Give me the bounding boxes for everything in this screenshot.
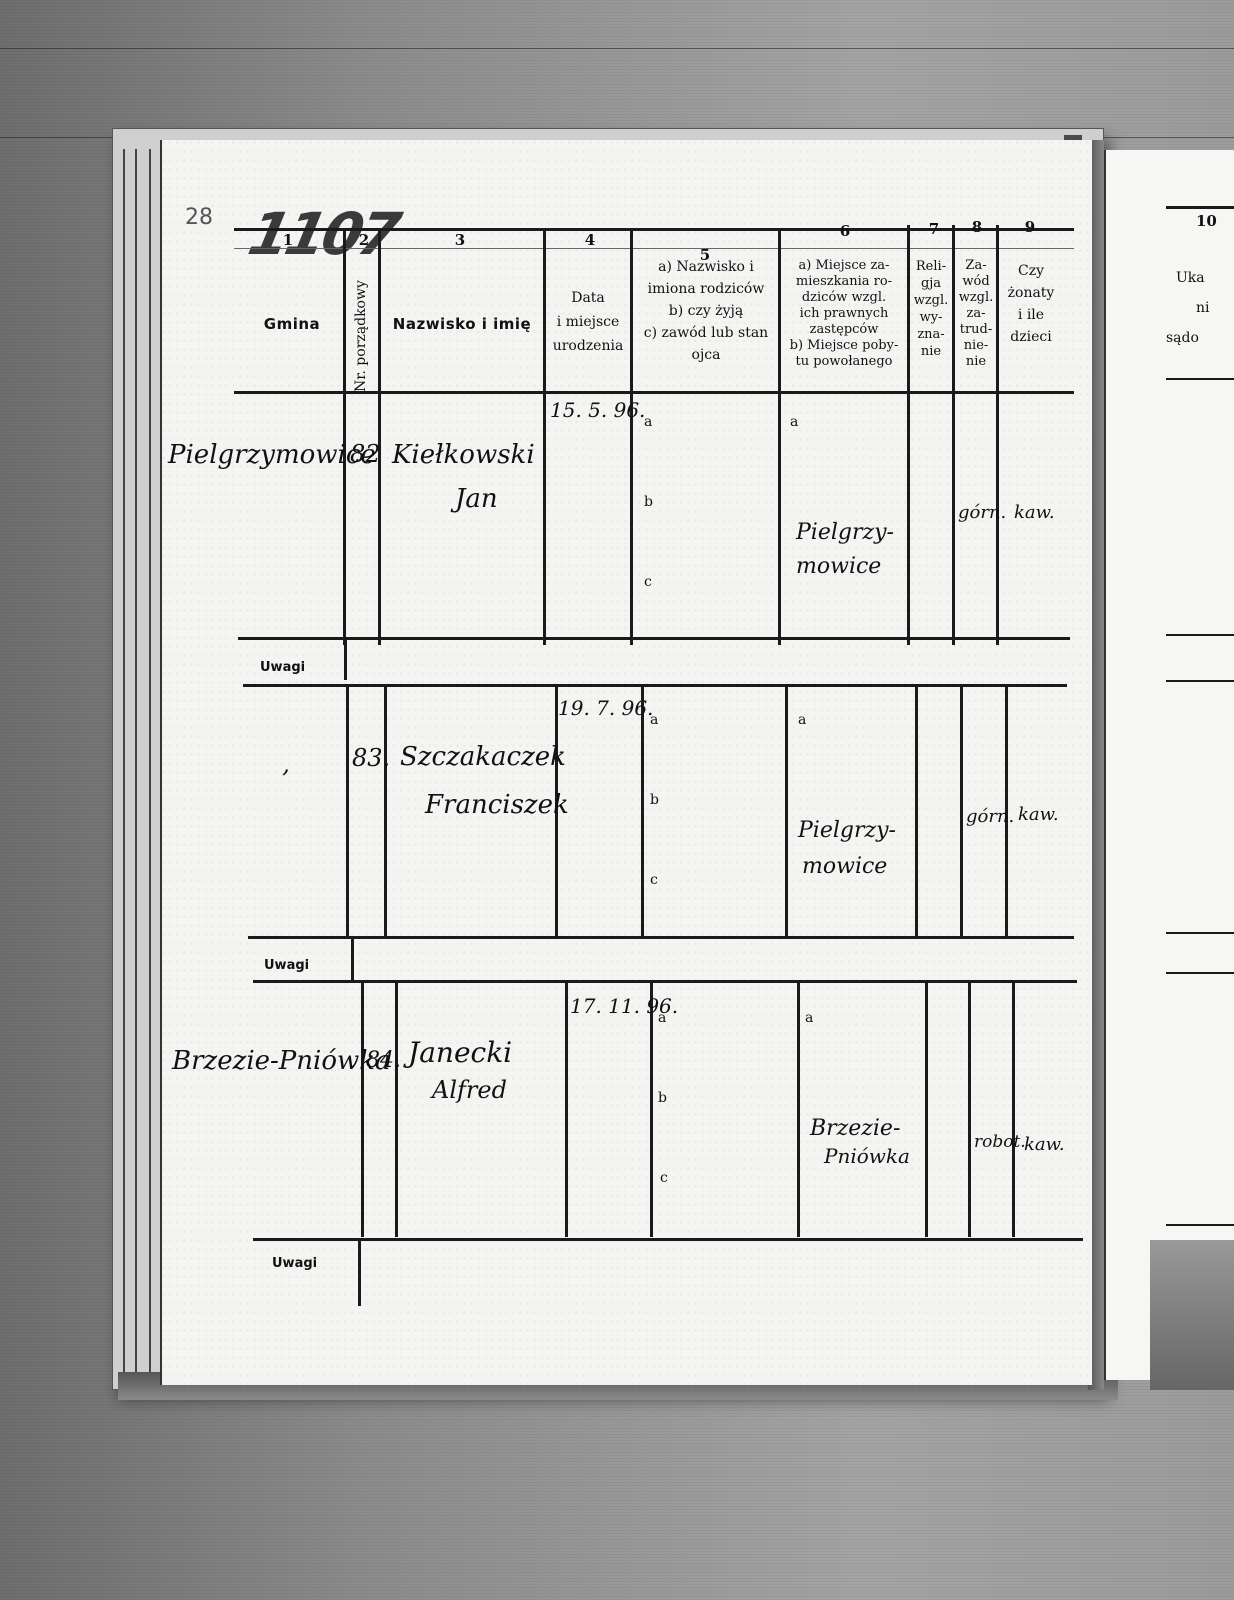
column-divider xyxy=(968,982,971,1237)
next-page-rule xyxy=(1166,634,1234,636)
next-page-rule xyxy=(1166,972,1234,974)
column-number: 3 xyxy=(440,231,480,249)
record-nr: 82 xyxy=(350,440,381,468)
header-nr-porzadkowy: Nr. porządkowy xyxy=(353,280,369,392)
row-divider xyxy=(248,936,1074,939)
sub-marker-b: b xyxy=(644,494,653,510)
record-occupation: górn. xyxy=(966,806,1014,827)
sub-marker-c: c xyxy=(644,574,652,590)
remarks-label: Uwagi xyxy=(260,660,305,675)
page-shadow xyxy=(1150,1240,1234,1390)
next-page-rule xyxy=(1166,378,1234,380)
header-zawod: Za- wód wzgl. za- trud- nie- nie xyxy=(954,258,998,370)
sub-marker-a: a xyxy=(790,414,798,430)
remarks-divider xyxy=(358,1240,361,1306)
record-given-name: Alfred xyxy=(432,1076,507,1104)
column-number: 4 xyxy=(570,231,610,249)
sub-marker-a: a xyxy=(805,1010,813,1026)
next-page-column-number: 10 xyxy=(1196,212,1234,230)
column-divider xyxy=(952,225,955,645)
column-number: 8 xyxy=(962,218,992,236)
record-gmina: Pielgrzymowice xyxy=(168,440,376,470)
sub-marker-c: c xyxy=(650,872,658,888)
sub-marker-c: c xyxy=(660,1170,668,1186)
column-divider xyxy=(346,686,349,936)
remarks-label: Uwagi xyxy=(272,1256,317,1271)
next-page-rule xyxy=(1166,932,1234,934)
record-nr: 83. xyxy=(352,744,390,772)
column-divider xyxy=(915,686,918,936)
header-zonaty: Czy żonaty i ile dzieci xyxy=(998,260,1064,348)
record-residence-line1: Pielgrzy- xyxy=(798,818,896,843)
column-divider xyxy=(925,982,928,1237)
column-divider xyxy=(778,230,781,645)
column-number: 1 xyxy=(268,231,308,249)
next-page-header-text: ni xyxy=(1196,300,1210,316)
next-page-header-text: sądo xyxy=(1166,330,1199,346)
header-miejsce-zamieszkania: a) Miejsce za- mieszkania ro- dziców wzg… xyxy=(780,258,908,370)
record-surname: Kiełkowski xyxy=(392,440,535,470)
scan-line xyxy=(0,48,1234,49)
record-birth-date: 15. 5. 96. xyxy=(550,398,645,422)
sub-marker-a: a xyxy=(658,1010,666,1026)
column-divider xyxy=(960,686,963,936)
column-divider xyxy=(996,225,999,645)
header-gmina: Gmina xyxy=(240,316,344,333)
record-occupation: robot. xyxy=(974,1132,1026,1152)
remarks-divider xyxy=(351,938,354,980)
remarks-divider xyxy=(344,640,347,680)
record-marital-status: kaw. xyxy=(1024,1134,1065,1155)
record-gmina: Brzezie-Pniówka xyxy=(172,1046,391,1076)
row-divider xyxy=(253,980,1077,983)
record-occupation: górn. xyxy=(958,502,1006,523)
record-surname: Janecki xyxy=(408,1036,512,1069)
header-rodzice: a) Nazwisko i imiona rodziców b) czy żyj… xyxy=(632,256,780,366)
row-divider xyxy=(238,637,1070,640)
column-divider xyxy=(361,982,364,1237)
record-marital-status: kaw. xyxy=(1014,502,1055,523)
record-nr: 84. xyxy=(366,1048,401,1073)
sub-marker-b: b xyxy=(650,792,659,808)
sub-marker-b: b xyxy=(658,1090,667,1106)
row-divider xyxy=(253,1238,1083,1241)
header-religia: Reli- gja wzgl. wy- zna- nie xyxy=(908,258,954,360)
column-divider xyxy=(785,686,788,936)
column-divider xyxy=(384,686,387,936)
sub-marker-a: a xyxy=(644,414,652,430)
pencil-page-number: 28 xyxy=(185,205,213,230)
record-residence-line1: Brzezie- xyxy=(810,1116,900,1141)
column-number: 6 xyxy=(825,222,865,240)
column-number: 2 xyxy=(354,231,374,249)
column-divider xyxy=(343,230,346,645)
row-divider xyxy=(243,684,1067,687)
header-data-miejsce: Data i miejsce urodzenia xyxy=(546,286,630,358)
column-divider xyxy=(565,982,568,1237)
sub-marker-a: a xyxy=(650,712,658,728)
column-divider xyxy=(1012,982,1015,1237)
column-number: 9 xyxy=(1015,218,1045,236)
column-divider xyxy=(395,982,398,1237)
header-nazwisko-imie: Nazwisko i imię xyxy=(382,316,542,333)
column-divider xyxy=(907,225,910,645)
record-residence-line1: Pielgrzy- xyxy=(796,520,894,545)
record-residence-line2: mowice xyxy=(802,854,887,879)
column-divider xyxy=(650,982,653,1237)
sub-marker-a: a xyxy=(798,712,806,728)
record-gmina-ditto: ‚ xyxy=(282,750,290,778)
record-residence-line2: Pniówka xyxy=(824,1144,910,1168)
column-number: 7 xyxy=(919,220,949,238)
record-given-name: Jan xyxy=(455,484,498,514)
column-divider xyxy=(797,982,800,1237)
next-page-rule xyxy=(1166,1224,1234,1226)
column-divider xyxy=(378,230,381,645)
remarks-label: Uwagi xyxy=(264,958,309,973)
next-page-rule xyxy=(1166,680,1234,682)
column-divider xyxy=(641,686,644,936)
next-page-rule xyxy=(1166,206,1234,209)
record-birth-date: 19. 7. 96. xyxy=(558,696,653,720)
column-divider xyxy=(630,230,633,645)
record-residence-line2: mowice xyxy=(796,554,881,579)
record-given-name: Franciszek xyxy=(425,790,569,820)
record-marital-status: kaw. xyxy=(1018,804,1059,825)
column-divider xyxy=(543,230,546,645)
next-page-header-text: Uka xyxy=(1176,270,1205,286)
record-surname: Szczakaczek xyxy=(400,742,566,772)
